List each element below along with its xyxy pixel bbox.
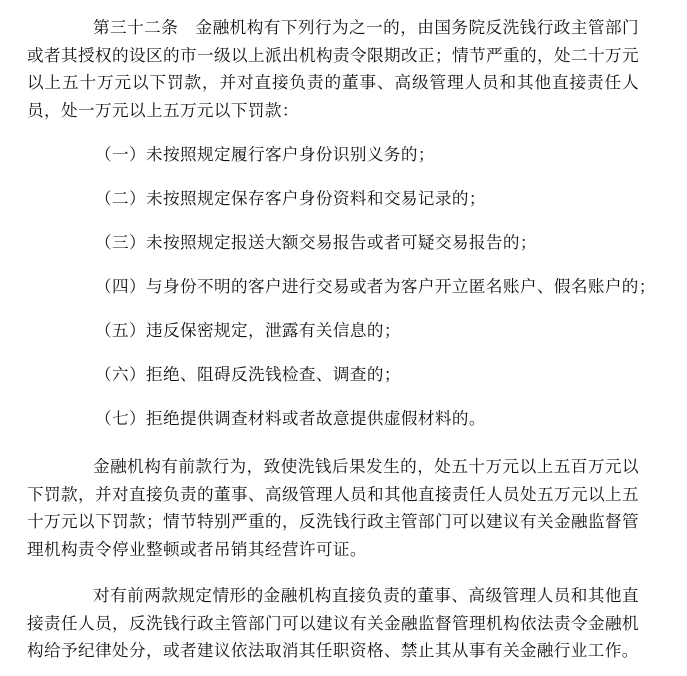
list-item: （一）未按照规定履行客户身份识别义务的；: [27, 141, 639, 185]
list-item: （二）未按照规定保存客户身份资料和交易记录的；: [27, 185, 639, 229]
heading-gap: [178, 18, 195, 37]
list-item: （七）拒绝提供调查材料或者故意提供虚假材料的。: [27, 405, 639, 449]
article-heading: 第三十二条: [93, 18, 178, 37]
item-text: 拒绝提供调查材料或者故意提供虚假材料的。: [146, 409, 486, 428]
legal-document: 第三十二条 金融机构有下列行为之一的，由国务院反洗钱行政主管部门或者其授权的设区…: [27, 14, 639, 665]
penalty-paragraph: 金融机构有前款行为，致使洗钱后果发生的，处五十万元以上五百万元以下罚款，并对直接…: [27, 453, 639, 563]
item-text: 与身份不明的客户进行交易或者为客户开立匿名账户、假名账户的；: [146, 277, 656, 296]
article-paragraph: 第三十二条 金融机构有下列行为之一的，由国务院反洗钱行政主管部门或者其授权的设区…: [27, 14, 639, 124]
violation-list: （一）未按照规定履行客户身份识别义务的； （二）未按照规定保存客户身份资料和交易…: [27, 141, 639, 449]
item-number: （一）: [95, 145, 146, 164]
list-item: （三）未按照规定报送大额交易报告或者可疑交易报告的；: [27, 229, 639, 273]
item-number: （七）: [95, 409, 146, 428]
list-item: （五）违反保密规定，泄露有关信息的；: [27, 317, 639, 361]
disciplinary-paragraph: 对有前两款规定情形的金融机构直接负责的董事、高级管理人员和其他直接责任人员，反洗…: [27, 582, 639, 665]
item-text: 拒绝、阻碍反洗钱检查、调查的；: [146, 365, 401, 384]
item-number: （四）: [95, 277, 146, 296]
item-text: 未按照规定履行客户身份识别义务的；: [146, 145, 435, 164]
item-number: （二）: [95, 189, 146, 208]
list-item: （六）拒绝、阻碍反洗钱检查、调查的；: [27, 361, 639, 405]
item-number: （六）: [95, 365, 146, 384]
item-text: 未按照规定保存客户身份资料和交易记录的；: [146, 189, 486, 208]
list-item: （四）与身份不明的客户进行交易或者为客户开立匿名账户、假名账户的；: [27, 273, 639, 317]
item-text: 违反保密规定，泄露有关信息的；: [146, 321, 401, 340]
item-text: 未按照规定报送大额交易报告或者可疑交易报告的；: [146, 233, 537, 252]
item-number: （三）: [95, 233, 146, 252]
item-number: （五）: [95, 321, 146, 340]
